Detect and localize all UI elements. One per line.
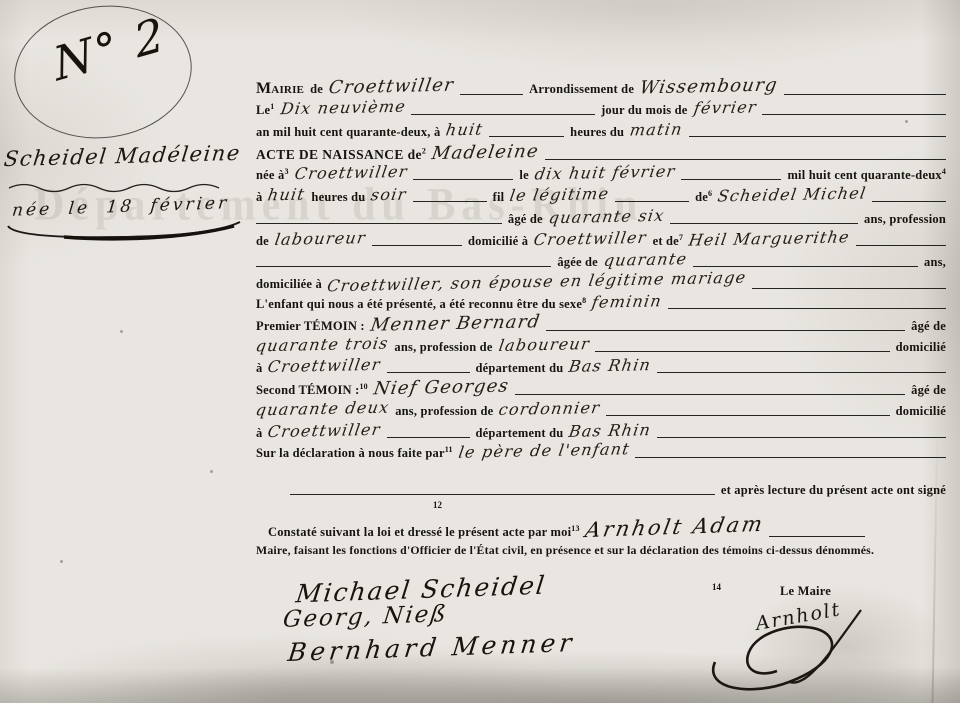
fill-line — [595, 351, 889, 352]
fil-label: fil — [493, 191, 505, 205]
a-label: à — [256, 427, 262, 441]
month-entry: février — [692, 99, 757, 116]
commune-entry: Croettwiller — [327, 77, 455, 98]
fill-line — [657, 437, 946, 438]
paper-speck — [330, 660, 334, 664]
fill-line — [606, 415, 889, 416]
de-label: de6 — [695, 191, 712, 205]
mother-age-entry: quarante — [603, 251, 689, 269]
paper-speck — [120, 330, 123, 333]
fill-line — [460, 94, 524, 95]
birthdate-entry: dix huit février — [533, 164, 676, 183]
fill-line — [635, 457, 946, 458]
form-line-witness1-age: quarante trois ans, profession de labour… — [256, 338, 946, 355]
mairie-label: Mairie — [256, 80, 304, 98]
form-line-witness2: Second TÉMOIN :10 Nief Georges âgé de — [256, 380, 946, 398]
form-line-witness1: Premier TÉMOIN : Menner Bernard âgé de — [256, 316, 946, 334]
ans-profession-label: ans, profession — [864, 213, 946, 227]
paper-crease — [932, 420, 939, 703]
witness1-name-entry: Menner Bernard — [369, 313, 541, 335]
de-label: de — [256, 235, 269, 249]
form-line-witness2-place: à Croettwiller département du Bas Rhin — [256, 424, 946, 441]
witness2-age-entry: quarante deux — [255, 400, 391, 419]
form-line-declaration: Sur la déclaration à nous faite par11 le… — [256, 444, 946, 461]
age-label: âgé de — [508, 213, 543, 227]
domicilie-label: domicilié — [896, 341, 946, 355]
fill-line — [762, 114, 946, 115]
sex-label: L'enfant qui nous a été présenté, a été … — [256, 298, 586, 312]
period-entry: matin — [629, 121, 684, 138]
form-line-witness1-place: à Croettwiller département du Bas Rhin — [256, 359, 946, 376]
wavy-underline-flourish — [6, 180, 244, 194]
witness1-profession-entry: laboureur — [497, 336, 591, 354]
fill-line — [856, 245, 946, 246]
legitime-entry: le légitime — [509, 186, 611, 204]
day-entry: Dix neuvième — [279, 99, 407, 118]
declaration-label: Sur la déclaration à nous faite par11 — [256, 447, 453, 461]
form-line-year-hour: an mil huit cent quarante-deux, à huit h… — [256, 123, 946, 140]
form-line-birth-hour-father: à huit heures du soir fil le légitime de… — [256, 188, 946, 205]
witness2-place-entry: Croettwiller — [267, 422, 382, 440]
fill-line — [769, 536, 864, 537]
father-profession-entry: laboureur — [274, 230, 368, 248]
hour-entry: huit — [445, 122, 485, 139]
departement-label: département du — [476, 362, 564, 376]
fill-line — [752, 288, 946, 289]
paper-speck — [60, 560, 63, 563]
birthplace-entry: Croettwiller — [293, 164, 408, 182]
heures-label: heures du — [311, 191, 365, 205]
fill-line — [413, 179, 513, 180]
form-line-lecture: et après lecture du présent acte ont sig… — [290, 484, 946, 498]
father-domicile-entry: Croettwiller — [533, 230, 648, 248]
le-label: le — [519, 169, 528, 183]
fill-line — [256, 223, 502, 224]
scanned-birth-act: Département du Bas-Rhin N° 2 Scheidel Ma… — [0, 0, 960, 703]
sex-entry: feminin — [591, 293, 664, 310]
agee-label: âgée de — [557, 256, 598, 270]
fill-line — [372, 245, 462, 246]
fill-line — [615, 201, 689, 202]
father-name-entry: Scheidel Michel — [717, 185, 868, 204]
form-line-maire-functions: Maire, faisant les fonctions d'Officier … — [256, 544, 946, 557]
a-label: à — [256, 362, 262, 376]
arrondissement-entry: Wissembourg — [638, 77, 779, 98]
fill-line — [387, 372, 470, 373]
form-line-mother-domicile: domiciliée à Croettwiller, son épouse en… — [256, 275, 946, 292]
birth-period-entry: soir — [370, 187, 408, 204]
swash-underline-flourish — [4, 220, 246, 242]
form-line-date: Le1 Dix neuvième jour du mois de février — [256, 101, 946, 118]
fill-line — [693, 266, 918, 267]
domicilie-label: domicilié à — [468, 235, 528, 249]
witness1-departement-entry: Bas Rhin — [568, 357, 653, 375]
acte-label: ACTE DE NAISSANCE de2 — [256, 148, 426, 163]
fill-line — [545, 159, 946, 160]
child-name-entry: Madeleine — [431, 143, 541, 163]
margin-child-name: Scheidel Madéleine — [3, 143, 242, 170]
form-line-father-age: âgé de quarante six ans, profession — [256, 210, 946, 227]
form-line-mother-age: âgée de quarante ans, — [256, 253, 946, 270]
fill-line — [411, 114, 595, 115]
departement-label: département du — [476, 427, 564, 441]
fill-line — [387, 437, 470, 438]
fill-line — [413, 201, 487, 202]
form-line-birthplace: née à3 Croettwiller le dix huit février … — [256, 166, 946, 183]
lecture-label: et après lecture du présent acte ont sig… — [721, 484, 946, 498]
witness1-place-entry: Croettwiller — [267, 357, 382, 375]
form-line-acte-title: ACTE DE NAISSANCE de2 Madeleine — [256, 145, 946, 163]
birth-hour-entry: huit — [267, 187, 307, 204]
domiciliee-label: domiciliée à — [256, 278, 322, 292]
witness2-profession-entry: cordonnier — [498, 400, 602, 418]
paper-speck — [905, 120, 908, 123]
mayor-signature-flourish: Arnholt — [695, 596, 875, 700]
mayor-signature-name: Arnholt — [752, 598, 843, 635]
father-age-entry: quarante six — [547, 208, 665, 226]
le-label: Le1 — [256, 104, 275, 118]
form-line-father-profession-mother: de laboureur domicilié à Croettwiller et… — [256, 232, 946, 249]
fill-line — [784, 94, 947, 95]
age-label: âgé de — [911, 384, 946, 398]
fill-line — [657, 372, 946, 373]
fill-line — [515, 394, 905, 395]
form-line-constate: Constaté suivant la loi et dressé le pré… — [268, 519, 946, 540]
arrondissement-label: Arrondissement de — [529, 83, 634, 97]
a-label: à — [256, 191, 262, 205]
witness2-signature: Georg, Nieß — [282, 603, 449, 632]
witness1-age-entry: quarante trois — [255, 336, 390, 355]
form-line-witness2-age: quarante deux ans, profession de cordonn… — [256, 402, 946, 419]
ans-label: ans, — [924, 256, 946, 270]
month-label: jour du mois de — [601, 104, 687, 118]
born-label: née à3 — [256, 169, 289, 183]
witness2-departement-entry: Bas Rhin — [568, 422, 653, 440]
mother-domicile-entry: Croettwiller, son épouse en légitime mar… — [326, 270, 748, 295]
witness1-label: Premier TÉMOIN : — [256, 320, 365, 334]
paper-speck — [210, 470, 213, 473]
declarant-entry: le père de l'enfant — [457, 441, 631, 461]
fill-line — [256, 266, 551, 267]
form-line-sex: L'enfant qui nous a été présenté, a été … — [256, 295, 946, 312]
maire-functions-label: Maire, faisant les fonctions d'Officier … — [256, 544, 874, 557]
profession-label: ans, profession de — [395, 405, 493, 419]
fill-line — [681, 179, 781, 180]
domicilie-label: domicilié — [896, 405, 946, 419]
witness2-name-entry: Nief Georges — [372, 378, 510, 399]
fill-line — [489, 136, 564, 137]
mother-name-entry: Heil Marguerithe — [688, 229, 852, 248]
fill-line — [872, 201, 946, 202]
officer-signature-entry: Arnholt Adam — [583, 514, 766, 541]
form-line-mairie: Mairie de Croettwiller Arrondissement de… — [256, 79, 946, 98]
fill-line — [670, 223, 858, 224]
year-label: an mil huit cent quarante-deux, à — [256, 126, 440, 140]
witness2-label: Second TÉMOIN :10 — [256, 384, 368, 398]
fill-line — [546, 330, 905, 331]
fill-line — [668, 308, 946, 309]
mairie-de: de — [310, 83, 323, 97]
age-label: âgé de — [911, 320, 946, 334]
constate-label: Constaté suivant la loi et dressé le pré… — [268, 526, 580, 540]
fill-line — [290, 494, 715, 495]
profession-label: ans, profession de — [394, 341, 492, 355]
heures-label: heures du — [570, 126, 624, 140]
et-de-label: et de7 — [653, 235, 684, 249]
fill-line — [689, 136, 946, 137]
year-printed: mil huit cent quarante-deux4 — [787, 169, 946, 183]
